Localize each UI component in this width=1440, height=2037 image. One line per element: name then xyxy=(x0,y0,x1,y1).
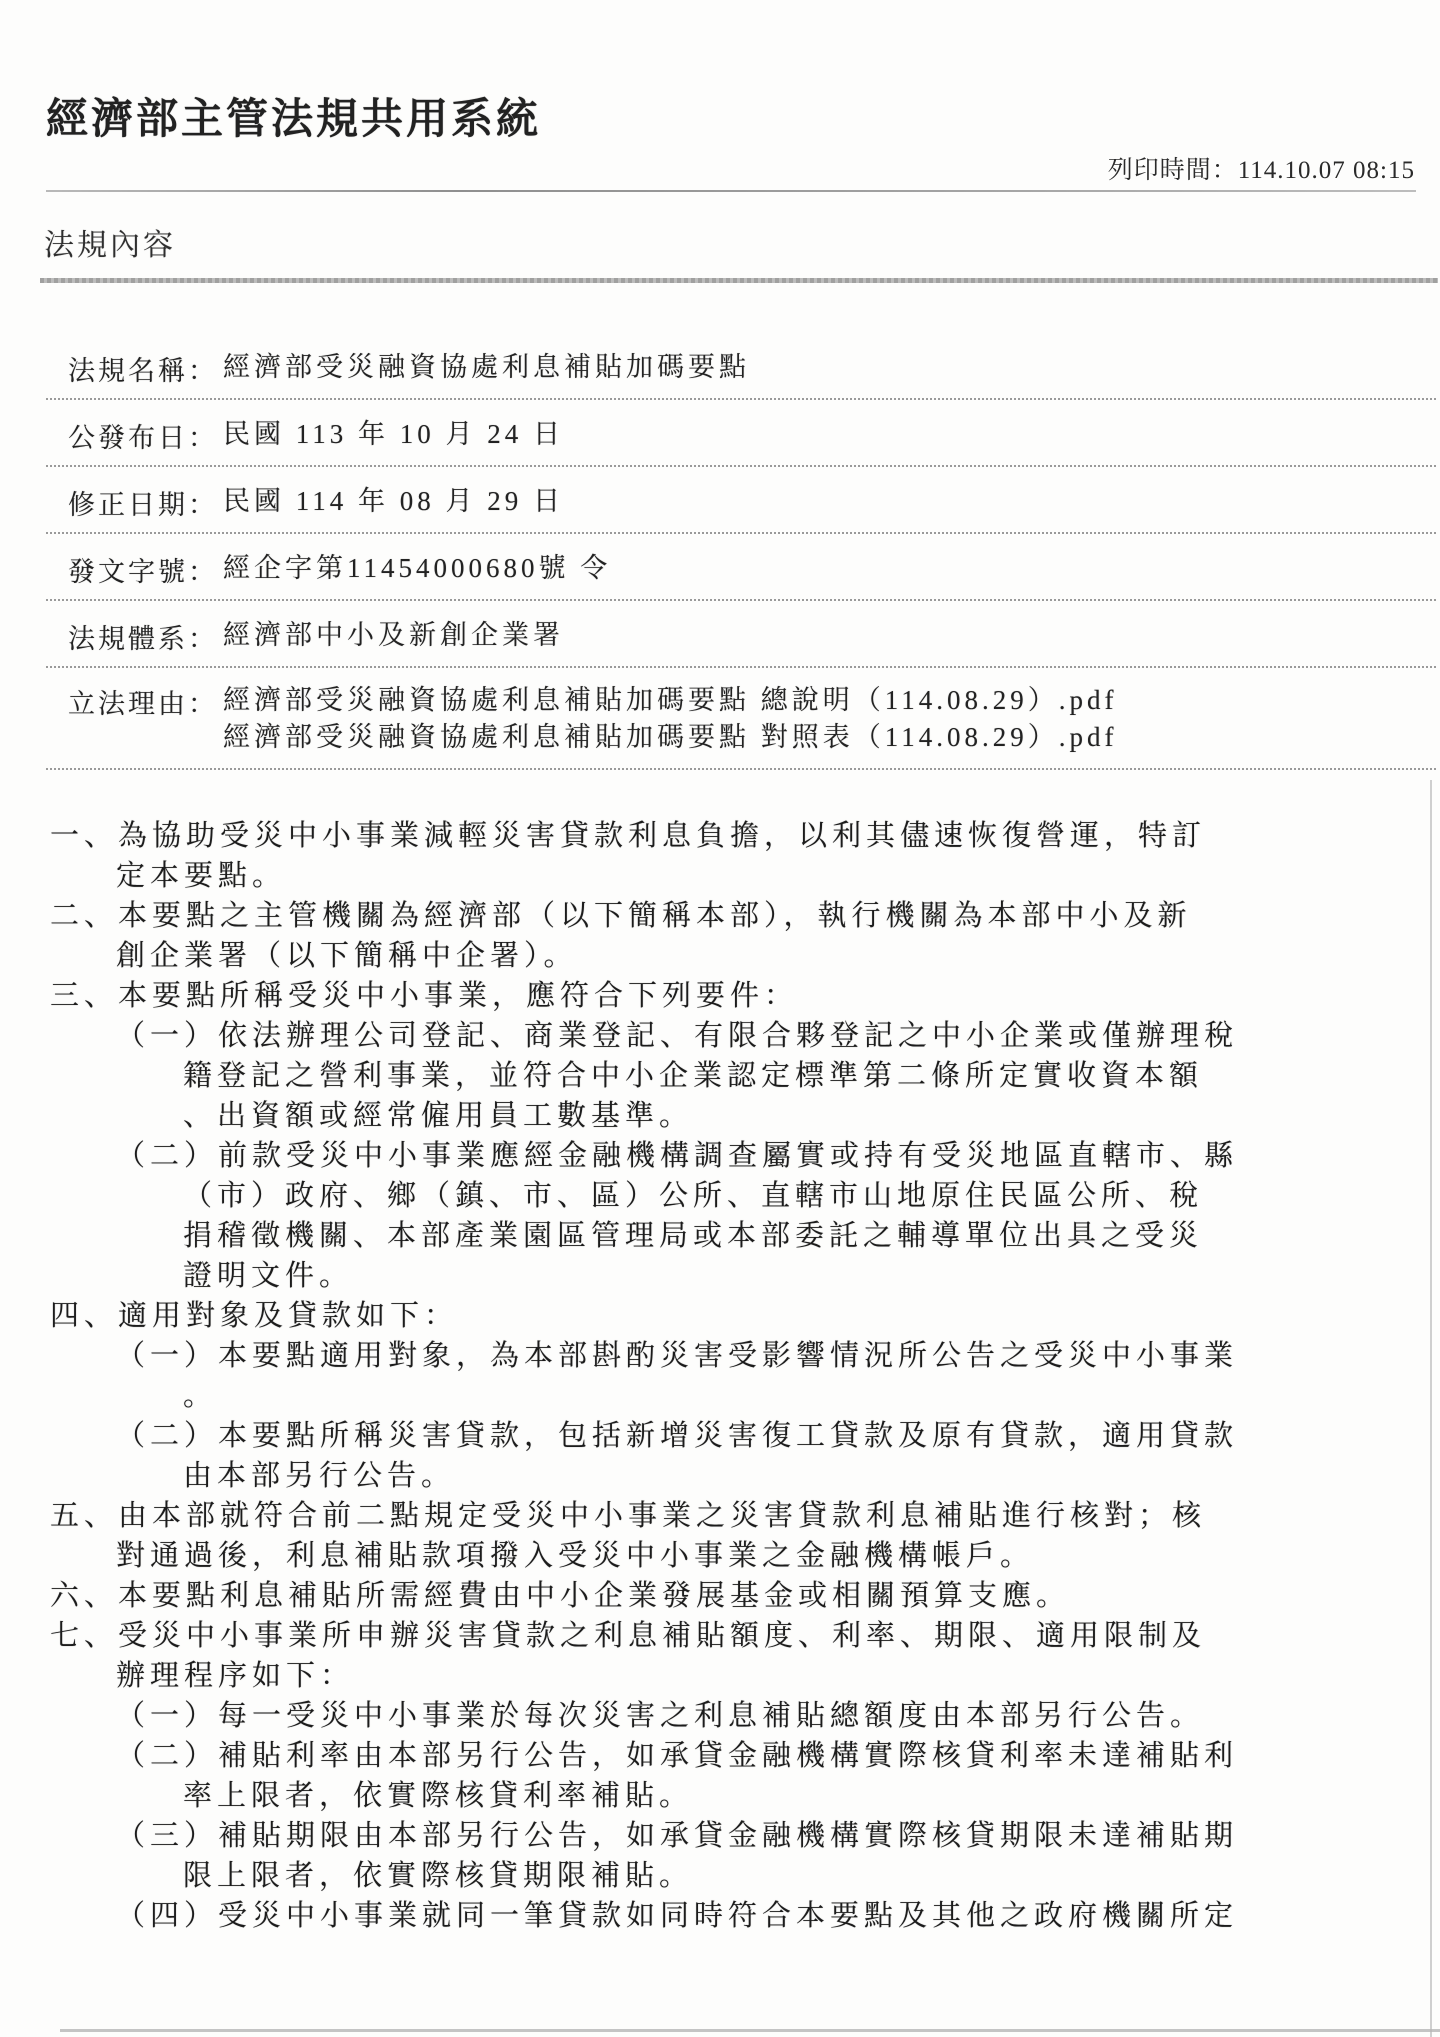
metadata-row: 發文字號：經企字第11454000680號 令 xyxy=(46,534,1436,601)
print-time: 列印時間：114.10.07 08:15 xyxy=(1108,150,1415,186)
body-line: 。 xyxy=(183,1376,1430,1416)
print-time-value: 114.10.07 08:15 xyxy=(1238,157,1415,184)
scan-edge-bottom xyxy=(60,2029,1440,2032)
body-line: 率上限者，依實際核貸利率補貼。 xyxy=(183,1776,1430,1816)
metadata-label: 公發布日： xyxy=(68,416,223,455)
system-title: 經濟部主管法規共用系統 xyxy=(46,86,541,146)
body-line: 限上限者，依實際核貸期限補貼。 xyxy=(183,1856,1430,1896)
body-line: 四、適用對象及貸款如下： xyxy=(50,1296,1430,1336)
print-time-label: 列印時間： xyxy=(1108,157,1238,184)
page-section-title: 法規內容 xyxy=(44,220,176,264)
body-line: 三、本要點所稱受災中小事業，應符合下列要件： xyxy=(50,976,1430,1016)
metadata-value-line: 經濟部受災融資協處利息補貼加碼要點 對照表（114.08.29）.pdf xyxy=(223,719,1118,756)
body-line: （二）本要點所稱災害貸款，包括新增災害復工貸款及原有貸款，適用貸款 xyxy=(116,1416,1430,1456)
body-line: （一）本要點適用對象，為本部斟酌災害受影響情況所公告之受災中小事業 xyxy=(116,1336,1430,1376)
metadata-label: 法規體系： xyxy=(68,617,223,656)
document-page: 經濟部主管法規共用系統 列印時間：114.10.07 08:15 法規內容 法規… xyxy=(0,0,1440,2037)
metadata-value-line: 經濟部受災融資協處利息補貼加碼要點 xyxy=(223,349,750,386)
metadata-value-line: 民國 113 年 10 月 24 日 xyxy=(223,416,564,453)
metadata-label: 立法理由： xyxy=(68,682,223,721)
body-line: 籍登記之營利事業，並符合中小企業認定標準第二條所定實收資本額 xyxy=(183,1056,1430,1096)
metadata-row: 法規名稱：經濟部受災融資協處利息補貼加碼要點 xyxy=(46,283,1436,400)
body-line: 對通過後，利息補貼款項撥入受災中小事業之金融機構帳戶。 xyxy=(116,1536,1430,1576)
metadata-value: 經濟部受災融資協處利息補貼加碼要點 總說明（114.08.29）.pdf經濟部受… xyxy=(223,682,1118,756)
regulation-body: 一、為協助受災中小事業減輕災害貸款利息負擔，以利其儘速恢復營運，特訂定本要點。二… xyxy=(50,816,1430,1936)
metadata-label: 發文字號： xyxy=(68,550,223,589)
metadata-table: 法規名稱：經濟部受災融資協處利息補貼加碼要點公發布日：民國 113 年 10 月… xyxy=(46,283,1436,770)
body-line: 創企業署（以下簡稱中企署）。 xyxy=(116,936,1430,976)
metadata-row: 法規體系：經濟部中小及新創企業署 xyxy=(46,601,1436,668)
metadata-value: 經濟部中小及新創企業署 xyxy=(223,617,564,654)
header-divider xyxy=(46,190,1416,192)
body-line: （二）補貼利率由本部另行公告，如承貸金融機構實際核貸利率未達補貼利 xyxy=(116,1736,1430,1776)
body-line: 辦理程序如下： xyxy=(116,1656,1430,1696)
metadata-value-line: 經企字第11454000680號 令 xyxy=(223,550,611,587)
body-line: （一）依法辦理公司登記、商業登記、有限合夥登記之中小企業或僅辦理稅 xyxy=(116,1016,1430,1056)
metadata-value-line: 經濟部中小及新創企業署 xyxy=(223,617,564,654)
scan-edge-right xyxy=(1430,780,1432,2037)
metadata-value-line: 民國 114 年 08 月 29 日 xyxy=(223,483,564,520)
metadata-row: 立法理由：經濟部受災融資協處利息補貼加碼要點 總說明（114.08.29）.pd… xyxy=(46,668,1436,770)
body-line: 六、本要點利息補貼所需經費由中小企業發展基金或相關預算支應。 xyxy=(50,1576,1430,1616)
metadata-value: 經濟部受災融資協處利息補貼加碼要點 xyxy=(223,349,750,386)
body-line: 七、受災中小事業所申辦災害貸款之利息補貼額度、利率、期限、適用限制及 xyxy=(50,1616,1430,1656)
body-line: 定本要點。 xyxy=(116,856,1430,896)
body-line: 五、由本部就符合前二點規定受災中小事業之災害貸款利息補貼進行核對；核 xyxy=(50,1496,1430,1536)
body-line: 二、本要點之主管機關為經濟部（以下簡稱本部），執行機關為本部中小及新 xyxy=(50,896,1430,936)
metadata-row: 公發布日：民國 113 年 10 月 24 日 xyxy=(46,400,1436,467)
metadata-value: 經企字第11454000680號 令 xyxy=(223,550,611,587)
body-line: 、出資額或經常僱用員工數基準。 xyxy=(183,1096,1430,1136)
metadata-label: 法規名稱： xyxy=(68,349,223,388)
metadata-label: 修正日期： xyxy=(68,483,223,522)
body-line: （一）每一受災中小事業於每次災害之利息補貼總額度由本部另行公告。 xyxy=(116,1696,1430,1736)
metadata-value-line: 經濟部受災融資協處利息補貼加碼要點 總說明（114.08.29）.pdf xyxy=(223,682,1118,719)
body-line: 證明文件。 xyxy=(183,1256,1430,1296)
body-line: （四）受災中小事業就同一筆貸款如同時符合本要點及其他之政府機關所定 xyxy=(116,1896,1430,1936)
body-line: （二）前款受災中小事業應經金融機構調查屬實或持有受災地區直轄市、縣 xyxy=(116,1136,1430,1176)
metadata-row: 修正日期：民國 114 年 08 月 29 日 xyxy=(46,467,1436,534)
body-line: （市）政府、鄉（鎮、市、區）公所、直轄市山地原住民區公所、稅 xyxy=(183,1176,1430,1216)
metadata-value: 民國 113 年 10 月 24 日 xyxy=(223,416,564,453)
body-line: 一、為協助受災中小事業減輕災害貸款利息負擔，以利其儘速恢復營運，特訂 xyxy=(50,816,1430,856)
body-line: 捐稽徵機關、本部產業園區管理局或本部委託之輔導單位出具之受災 xyxy=(183,1216,1430,1256)
body-line: （三）補貼期限由本部另行公告，如承貸金融機構實際核貸期限未達補貼期 xyxy=(116,1816,1430,1856)
body-line: 由本部另行公告。 xyxy=(183,1456,1430,1496)
metadata-value: 民國 114 年 08 月 29 日 xyxy=(223,483,564,520)
